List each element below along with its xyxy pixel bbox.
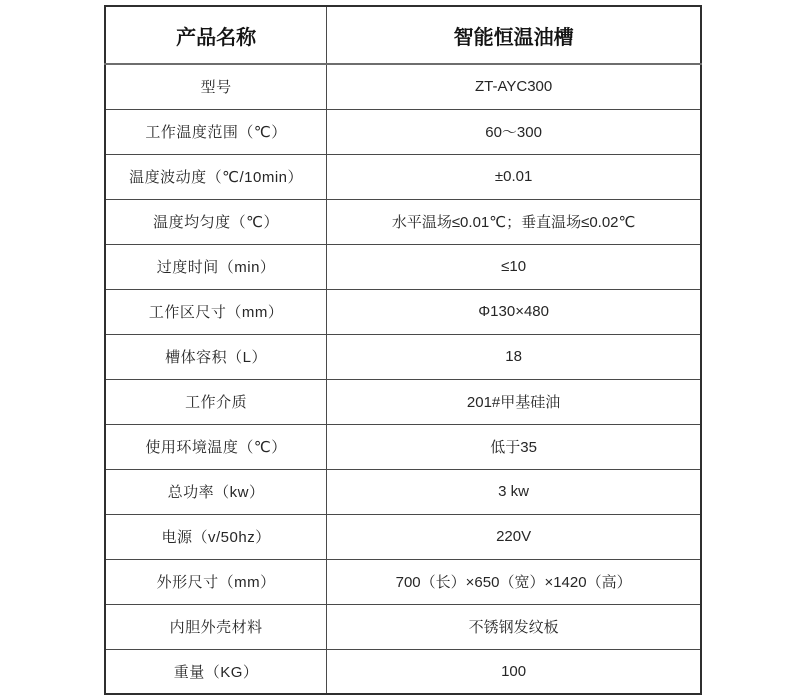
spec-table-body: 产品名称 智能恒温油槽 型号 ZT-AYC300 工作温度范围（℃） 60～30… xyxy=(105,6,701,694)
table-row: 外形尺寸（mm） 700（长）×650（宽）×1420（高） xyxy=(105,559,701,604)
product-spec-table: 产品名称 智能恒温油槽 型号 ZT-AYC300 工作温度范围（℃） 60～30… xyxy=(104,5,702,695)
spec-value: 100 xyxy=(327,649,701,694)
spec-label: 工作介质 xyxy=(105,379,327,424)
spec-value: ≤10 xyxy=(327,244,701,289)
table-row: 温度均匀度（℃） 水平温场≤0.01℃；垂直温场≤0.02℃ xyxy=(105,199,701,244)
table-row: 工作区尺寸（mm） Φ130×480 xyxy=(105,289,701,334)
spec-value: ±0.01 xyxy=(327,154,701,199)
table-row: 槽体容积（L） 18 xyxy=(105,334,701,379)
spec-value: 18 xyxy=(327,334,701,379)
spec-label: 内胆外壳材料 xyxy=(105,604,327,649)
spec-value: 201#甲基硅油 xyxy=(327,379,701,424)
spec-value: 水平温场≤0.01℃；垂直温场≤0.02℃ xyxy=(327,199,701,244)
spec-label: 电源（v/50hz） xyxy=(105,514,327,559)
spec-label: 使用环境温度（℃） xyxy=(105,424,327,469)
spec-label: 槽体容积（L） xyxy=(105,334,327,379)
spec-label: 外形尺寸（mm） xyxy=(105,559,327,604)
spec-value: 3 kw xyxy=(327,469,701,514)
table-row: 总功率（kw） 3 kw xyxy=(105,469,701,514)
table-row: 使用环境温度（℃） 低于35 xyxy=(105,424,701,469)
spec-value: 700（长）×650（宽）×1420（高） xyxy=(327,559,701,604)
table-row: 重量（KG） 100 xyxy=(105,649,701,694)
spec-label: 型号 xyxy=(105,64,327,109)
table-row: 型号 ZT-AYC300 xyxy=(105,64,701,109)
spec-label: 工作温度范围（℃） xyxy=(105,109,327,154)
table-row: 电源（v/50hz） 220V xyxy=(105,514,701,559)
spec-value: 低于35 xyxy=(327,424,701,469)
spec-value: Φ130×480 xyxy=(327,289,701,334)
spec-value: 不锈钢发纹板 xyxy=(327,604,701,649)
spec-label: 温度波动度（℃/10min） xyxy=(105,154,327,199)
product-spec-table-container: 产品名称 智能恒温油槽 型号 ZT-AYC300 工作温度范围（℃） 60～30… xyxy=(104,5,702,695)
header-product-name-value: 智能恒温油槽 xyxy=(327,6,701,64)
table-row: 工作介质 201#甲基硅油 xyxy=(105,379,701,424)
table-header-row: 产品名称 智能恒温油槽 xyxy=(105,6,701,64)
spec-label: 工作区尺寸（mm） xyxy=(105,289,327,334)
header-product-name-label: 产品名称 xyxy=(105,6,327,64)
table-row: 内胆外壳材料 不锈钢发纹板 xyxy=(105,604,701,649)
table-row: 温度波动度（℃/10min） ±0.01 xyxy=(105,154,701,199)
spec-value: 220V xyxy=(327,514,701,559)
spec-label: 总功率（kw） xyxy=(105,469,327,514)
spec-value: 60～300 xyxy=(327,109,701,154)
spec-label: 重量（KG） xyxy=(105,649,327,694)
table-row: 过度时间（min） ≤10 xyxy=(105,244,701,289)
spec-label: 过度时间（min） xyxy=(105,244,327,289)
table-row: 工作温度范围（℃） 60～300 xyxy=(105,109,701,154)
spec-value: ZT-AYC300 xyxy=(327,64,701,109)
spec-label: 温度均匀度（℃） xyxy=(105,199,327,244)
